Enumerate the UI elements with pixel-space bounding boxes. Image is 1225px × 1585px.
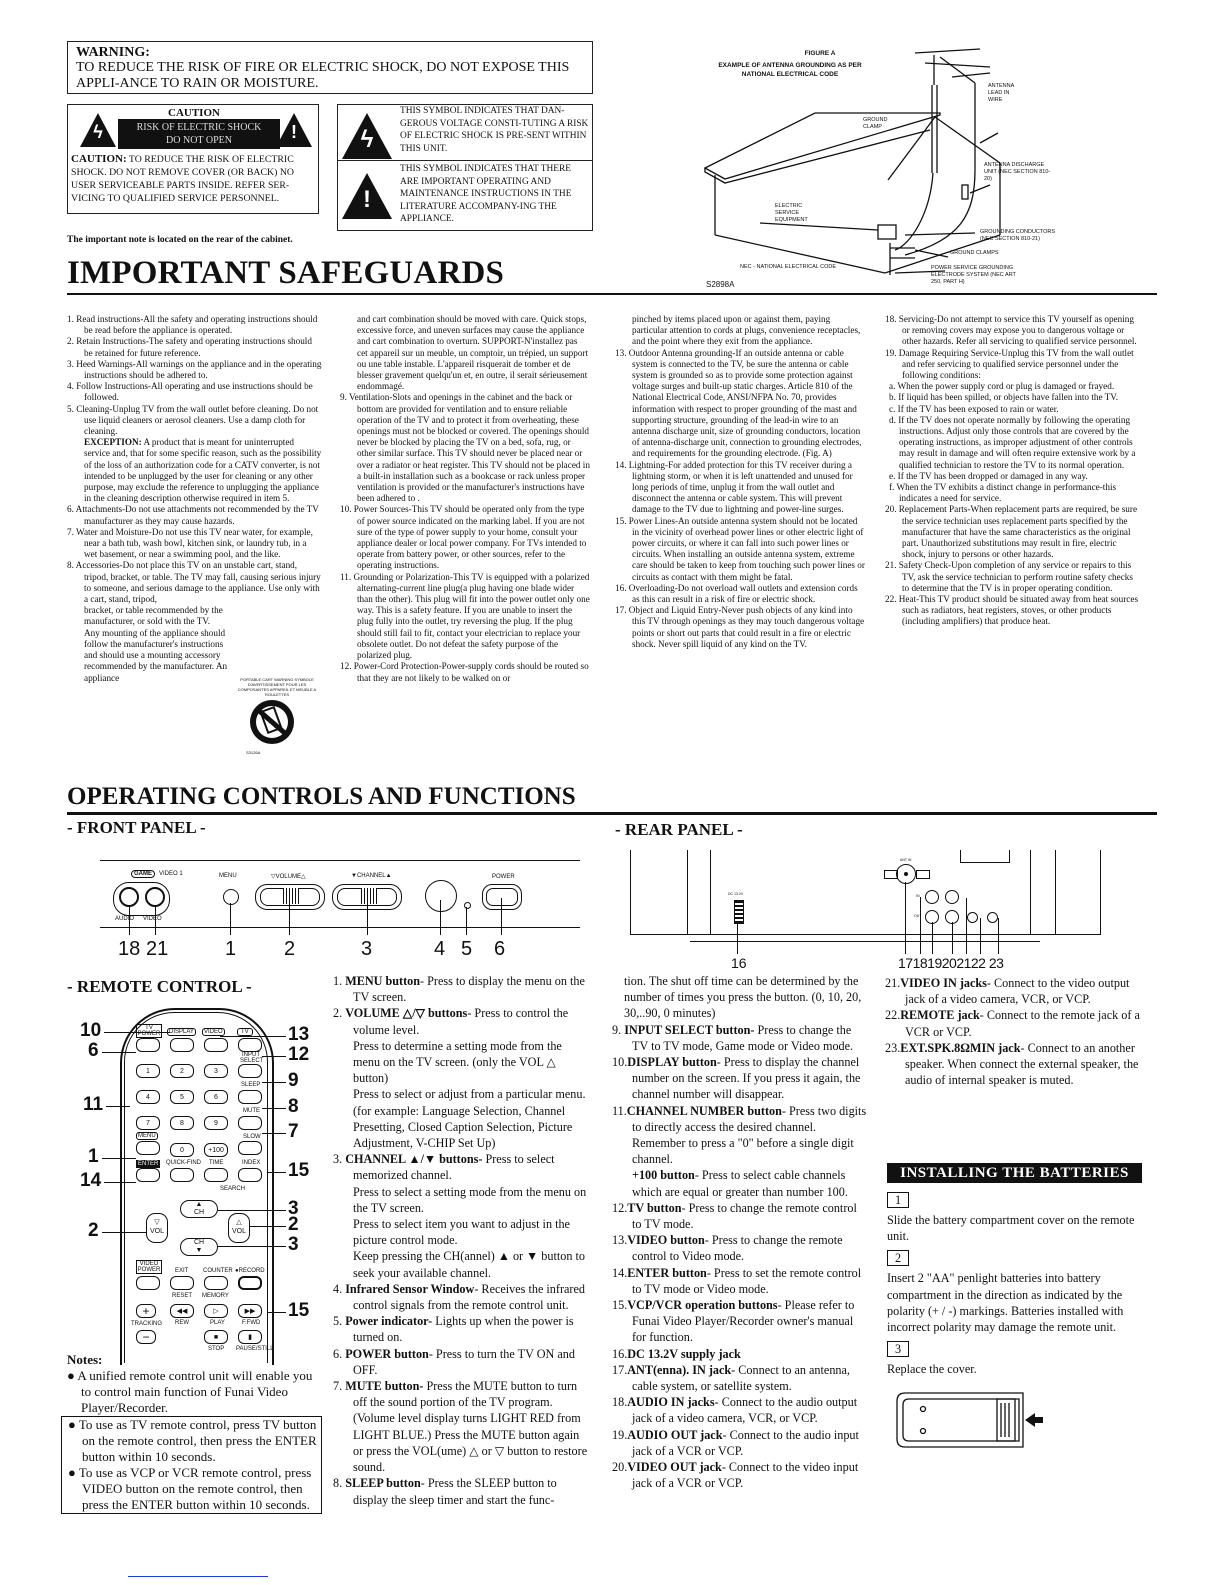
note-item: ● To use as VCP or VCR remote control, p… [68, 1465, 317, 1513]
safeguard-item: 14. Lightning-For added protection for t… [615, 460, 865, 516]
function-item: 13.VIDEO button- Press to change the rem… [612, 1232, 867, 1264]
battery-step-text: Insert 2 "AA" penlight batteries into ba… [887, 1270, 1142, 1335]
step-number-box: 3 [887, 1341, 909, 1357]
safeguard-item: 10. Power Sources-This TV should be oper… [340, 504, 590, 571]
battery-step-text: Replace the cover. [887, 1361, 1142, 1377]
ch-up-button[interactable]: ▲CH [180, 1200, 218, 1218]
safeguard-item: 8. Accessories-Do not place this TV on a… [67, 560, 322, 605]
vol-down-button[interactable]: ▽VOL [146, 1213, 168, 1243]
function-item: 4. Infrared Sensor Window- Receives the … [333, 1281, 588, 1313]
rear-in-label: IN [916, 894, 920, 898]
sleep-button[interactable] [238, 1090, 262, 1104]
safeguard-item: 1. Read instructions-All the safety and … [67, 314, 322, 336]
rear-panel-heading: - REAR PANEL - [615, 820, 743, 840]
enter-button[interactable] [136, 1168, 160, 1182]
menu-button[interactable] [223, 889, 239, 905]
rear-panel-diagram: DC 13.2V ANT IN IN OUT 16 171819202122 2… [630, 850, 1110, 975]
safeguard-item: 19. Damage Requiring Service-Unplug this… [885, 348, 1140, 382]
safeguard-item: 20. Replacement Parts-When replacement p… [885, 504, 1140, 560]
safeguard-item: 3. Heed Warnings-All warnings on the app… [67, 359, 322, 381]
safeguards-column-4: 18. Servicing-Do not attempt to service … [885, 314, 1140, 628]
functions-column-3: 21.VIDEO IN jacks- Connect to the video … [885, 975, 1140, 1088]
function-item: 5. Power indicator- Lights up when the p… [333, 1313, 588, 1345]
safeguard-item: 7. Water and Moisture-Do not use this TV… [67, 527, 322, 561]
menu-button-remote[interactable] [136, 1141, 160, 1155]
banner-line-1: RISK OF ELECTRIC SHOCK [118, 121, 280, 134]
video-in-jack[interactable] [945, 890, 959, 904]
slow-button[interactable] [238, 1141, 262, 1155]
safeguard-item: 21. Safety Check-Upon completion of any … [885, 560, 1140, 594]
tv-power-button[interactable] [136, 1038, 160, 1052]
safeguard-item: 22. Heat-This TV product should be situa… [885, 594, 1140, 628]
safeguard-item: 12. Power-Cord Protection-Power-supply c… [340, 661, 590, 683]
play-button[interactable]: ▷ [204, 1304, 228, 1318]
function-item: 16.DC 13.2V supply jack [612, 1346, 867, 1362]
tracking-plus-button[interactable]: + [136, 1304, 156, 1318]
operating-rule [67, 812, 1157, 815]
ch-down-button[interactable]: CH▼ [180, 1238, 218, 1256]
function-item: 18.AUDIO IN jacks- Connect to the audio … [612, 1394, 867, 1426]
num-7-button[interactable]: 7 [136, 1116, 160, 1130]
game-label: GAME [131, 870, 155, 878]
video1-label: VIDEO 1 [159, 871, 183, 877]
callout-electric-service: ELECTRIC SERVICE EQUIPMENT [775, 203, 823, 224]
vol-up-button[interactable]: △VOL [228, 1213, 250, 1243]
safeguards-rule [67, 293, 1157, 295]
power-label: POWER [492, 874, 515, 880]
tracking-minus-button[interactable]: − [136, 1330, 156, 1344]
warning-text: TO REDUCE THE RISK OF FIRE OR ELECTRIC S… [76, 60, 584, 92]
callout-nec: NEC - NATIONAL ELECTRICAL CODE [740, 264, 860, 270]
mute-button[interactable] [238, 1116, 262, 1130]
video-jack[interactable] [145, 887, 165, 907]
caution-title: CAUTION [68, 107, 320, 119]
function-item: 9. INPUT SELECT button- Press to change … [612, 1022, 867, 1054]
num-8-button[interactable]: 8 [170, 1116, 194, 1130]
dc-jack[interactable] [734, 900, 744, 924]
step-number-box: 2 [887, 1250, 909, 1266]
safeguard-item: 5. Cleaning-Unplug TV from the wall outl… [67, 404, 322, 438]
callout-antenna-lead: ANTENNA LEAD IN WIRE [988, 83, 1024, 104]
caution-text: CAUTION: TO REDUCE THE RISK OF ELECTRIC … [71, 153, 317, 205]
battery-steps: 1 Slide the battery compartment cover on… [887, 1190, 1142, 1377]
front-num: 5 [461, 938, 472, 961]
dc-label: DC 13.2V [728, 892, 743, 896]
symbol-divider [338, 160, 592, 161]
safeguard-item: 2. Retain Instructions-The safety and op… [67, 336, 322, 358]
num-1-button[interactable]: 1 [136, 1064, 160, 1078]
callout-ground-clamp: GROUND CLAMP [863, 117, 897, 131]
notes-title: Notes: [67, 1352, 322, 1368]
front-panel-diagram: GAME VIDEO 1 AUDIO VIDEO MENU ▽VOLUME△ ▼… [95, 860, 585, 970]
safeguards-column-2: and cart combination should be moved wit… [340, 314, 590, 684]
function-item: 22.REMOTE jack- Connect to the remote ja… [885, 1007, 1140, 1039]
num-3-button[interactable]: 3 [204, 1064, 228, 1078]
num-5-button[interactable]: 5 [170, 1090, 194, 1104]
function-item: 12.TV button- Press to change the remote… [612, 1200, 867, 1232]
safeguard-item: 9. Ventilation-Slots and openings in the… [340, 392, 590, 504]
front-num: 6 [494, 938, 505, 961]
caution-label: CAUTION: [71, 153, 127, 165]
function-item: 20.VIDEO OUT jack- Connect to the video … [612, 1459, 867, 1491]
battery-cover-diagram [895, 1385, 1045, 1455]
item8-narrow: bracket, or table recommended by the man… [67, 605, 232, 627]
lightning-symbol-text: THIS SYMBOL INDICATES THAT DAN-GEROUS VO… [400, 105, 590, 155]
remote-jack[interactable] [967, 912, 978, 923]
symbols-box: ϟ THIS SYMBOL INDICATES THAT DAN-GEROUS … [337, 104, 593, 231]
function-item: 3. CHANNEL ▲/▼ buttons- Press to select … [333, 1151, 588, 1183]
cart-warning-label: PORTABLE CART WARNING SYMBOLE D'AVERTISS… [232, 677, 322, 697]
ffwd-button[interactable]: ▶▶ [238, 1304, 262, 1318]
stop-button[interactable]: ■ [204, 1330, 228, 1344]
front-num: 2 [284, 938, 295, 961]
caution-box: ϟ ! CAUTION RISK OF ELECTRIC SHOCK DO NO… [67, 104, 319, 214]
lightning-symbol-icon: ϟ [342, 113, 392, 164]
safeguard-item: 4. Follow Instructions-All operating and… [67, 381, 322, 403]
function-item: 11.CHANNEL NUMBER button- Press two digi… [612, 1103, 867, 1168]
ant-in-label: ANT IN [900, 858, 911, 862]
front-num: 3 [361, 938, 372, 961]
safeguard-item: 16. Overloading-Do not overload wall out… [615, 583, 865, 605]
functions-column-2: tion. The shut off time can be determine… [612, 973, 867, 1492]
antenna-grounding-diagram [700, 45, 1030, 295]
cabinet-note: The important note is located on the rea… [67, 235, 293, 245]
rear-numbers: 171819202122 23 [898, 955, 1003, 971]
pause-button[interactable]: ▮ [238, 1330, 262, 1344]
function-item: 2. VOLUME △/▽ buttons- Press to control … [333, 1005, 588, 1037]
link-underline [128, 1576, 268, 1577]
rew-button[interactable]: ◀◀ [170, 1304, 194, 1318]
ext-spk-jack[interactable] [987, 912, 998, 923]
num-9-button[interactable]: 9 [204, 1116, 228, 1130]
quick-find-button[interactable] [170, 1168, 194, 1182]
callout-discharge-unit: ANTENNA DISCHARGE UNIT (NEC SECTION 810-… [984, 162, 1058, 183]
remote-heading: - REMOTE CONTROL - [67, 977, 252, 997]
counter-button[interactable] [204, 1276, 228, 1290]
function-item: 17.ANT(enna). IN jack- Connect to an ant… [612, 1362, 867, 1394]
warning-title: WARNING: [76, 45, 584, 60]
safeguard-item: 18. Servicing-Do not attempt to service … [885, 314, 1140, 348]
safeguards-column-3: pinched by items placed upon or against … [615, 314, 865, 650]
safeguard-item: 11. Grounding or Polarization-This TV is… [340, 572, 590, 662]
audio-jack[interactable] [119, 887, 139, 907]
note-item: ● To use as TV remote control, press TV … [68, 1417, 317, 1465]
safeguard-item: 15. Power Lines-An outside antenna syste… [615, 516, 865, 583]
function-item: 10.DISPLAY button- Press to display the … [612, 1054, 867, 1103]
exception-note: EXCEPTION: A product that is meant for u… [67, 437, 322, 504]
function-item: 7. MUTE button- Press the MUTE button to… [333, 1378, 588, 1475]
functions-column-1: 1. MENU button- Press to display the men… [333, 973, 588, 1508]
exclamation-symbol-text: THIS SYMBOL INDICATES THAT THERE ARE IMP… [400, 163, 590, 226]
function-item: 1. MENU button- Press to display the men… [333, 973, 588, 1005]
audio-label: AUDIO [115, 916, 134, 922]
cart-code: S3126A [246, 750, 260, 755]
function-item: 14.ENTER button- Press to set the remote… [612, 1265, 867, 1297]
bullet-icon: ● [67, 1368, 77, 1383]
front-num: 21 [146, 938, 168, 961]
bullet-icon: ● [68, 1417, 79, 1432]
note-item: ● A unified remote control unit will ena… [67, 1368, 322, 1416]
record-button[interactable] [238, 1276, 262, 1290]
safeguards-title: IMPORTANT SAFEGUARDS [67, 255, 504, 292]
num-0-button[interactable]: 0 [170, 1143, 194, 1157]
front-num: 1 [225, 938, 236, 961]
function-item: 6. POWER button- Press to turn the TV ON… [333, 1346, 588, 1378]
figure-code: S2898A [706, 280, 734, 289]
safeguard-item: 17. Object and Liquid Entry-Never push o… [615, 605, 865, 650]
index-button[interactable] [238, 1168, 262, 1182]
volume-label: ▽VOLUME△ [271, 873, 306, 880]
display-button[interactable] [170, 1038, 194, 1052]
front-num: 4 [434, 938, 445, 961]
safeguard-item: 13. Outdoor Antenna grounding-If an outs… [615, 348, 865, 460]
remote-control-diagram: TV POWER DISPLAY VIDEO TV INPUT SELECT 1… [80, 1000, 320, 1350]
audio-in-jack[interactable] [925, 890, 939, 904]
video-label: VIDEO [143, 916, 162, 922]
item8-mounting: Any mounting of the appliance should fol… [67, 628, 232, 684]
front-num: 18 [118, 938, 140, 961]
num-6-button[interactable]: 6 [204, 1090, 228, 1104]
warning-box: WARNING: TO REDUCE THE RISK OF FIRE OR E… [67, 41, 593, 94]
banner-line-2: DO NOT OPEN [118, 134, 280, 147]
function-item: 8. SLEEP button- Press the SLEEP button … [333, 1475, 588, 1507]
menu-label: MENU [219, 873, 237, 879]
step-number-box: 1 [887, 1192, 909, 1208]
function-item: 15.VCP/VCR operation buttons- Please ref… [612, 1297, 867, 1346]
batteries-heading: INSTALLING THE BATTERIES [887, 1163, 1142, 1183]
battery-step-text: Slide the battery compartment cover on t… [887, 1212, 1142, 1244]
caution-banner: RISK OF ELECTRIC SHOCK DO NOT OPEN [118, 119, 280, 149]
function-item: 23.EXT.SPK.8ΩMIN jack- Connect to an ano… [885, 1040, 1140, 1089]
plus100-button[interactable]: +100 [204, 1143, 228, 1157]
notes: Notes: ● A unified remote control unit w… [67, 1352, 322, 1514]
function-item: 19.AUDIO OUT jack- Connect to the audio … [612, 1427, 867, 1459]
video-power-button[interactable] [136, 1276, 160, 1290]
rear-num: 16 [731, 955, 747, 971]
video-button[interactable] [204, 1038, 228, 1052]
time-button[interactable] [204, 1168, 228, 1182]
num-2-button[interactable]: 2 [170, 1064, 194, 1078]
infrared-sensor-window [425, 880, 457, 912]
channel-label: ▼CHANNEL▲ [351, 873, 392, 879]
front-panel-heading: - FRONT PANEL - [67, 818, 206, 838]
boxed-notes: ● To use as TV remote control, press TV … [61, 1416, 322, 1514]
callout-ground-clamps: GROUND CLAMPS [950, 250, 1030, 256]
safeguards-column-1: 1. Read instructions-All the safety and … [67, 314, 322, 684]
safeguard-item: 6. Attachments-Do not use attachments no… [67, 504, 322, 526]
no-cart-icon [247, 697, 297, 747]
input-select-button[interactable] [238, 1064, 262, 1078]
callout-power-service: POWER SERVICE GROUNDING ELECTRODE SYSTEM… [931, 265, 1021, 286]
exclamation-symbol-icon: ! [342, 173, 392, 224]
num-4-button[interactable]: 4 [136, 1090, 160, 1104]
bullet-icon: ● [68, 1465, 79, 1480]
callout-grounding-conductors: GROUNDING CONDUCTORS (NEC SECTION 810-21… [980, 229, 1062, 243]
tv-button[interactable] [238, 1038, 262, 1052]
function-item: 21.VIDEO IN jacks- Connect to the video … [885, 975, 1140, 1007]
exit-button[interactable] [170, 1276, 194, 1290]
operating-title: OPERATING CONTROLS AND FUNCTIONS [67, 783, 576, 811]
